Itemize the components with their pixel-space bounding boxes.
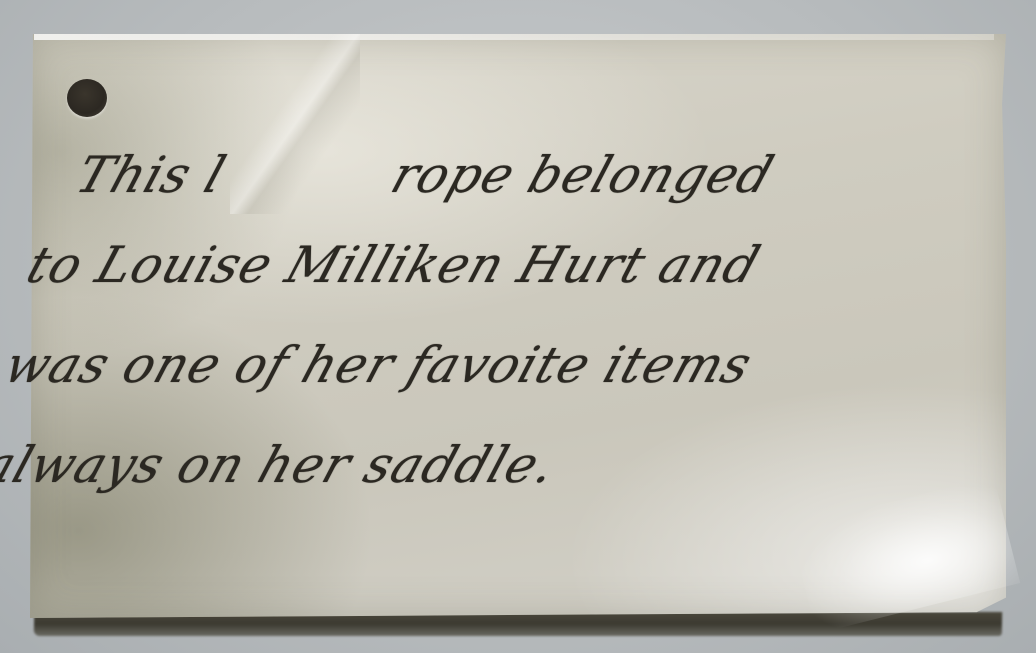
- punch-hole-icon: [67, 79, 107, 117]
- note-line-2: to Louise Milliken Hurt and: [21, 240, 766, 290]
- photo-scene: This lrope belonged to Louise Milliken H…: [0, 0, 1036, 653]
- note-line-1-start: This l: [69, 146, 233, 204]
- tag-top-edge-sheen: [34, 34, 994, 40]
- paper-tag: [30, 34, 1006, 618]
- note-line-1: This lrope belonged: [71, 150, 780, 200]
- note-line-4: always on her saddle.: [0, 440, 562, 490]
- note-line-1-end: rope belonged: [384, 146, 781, 204]
- note-line-3: was one of her favoite items: [0, 340, 758, 390]
